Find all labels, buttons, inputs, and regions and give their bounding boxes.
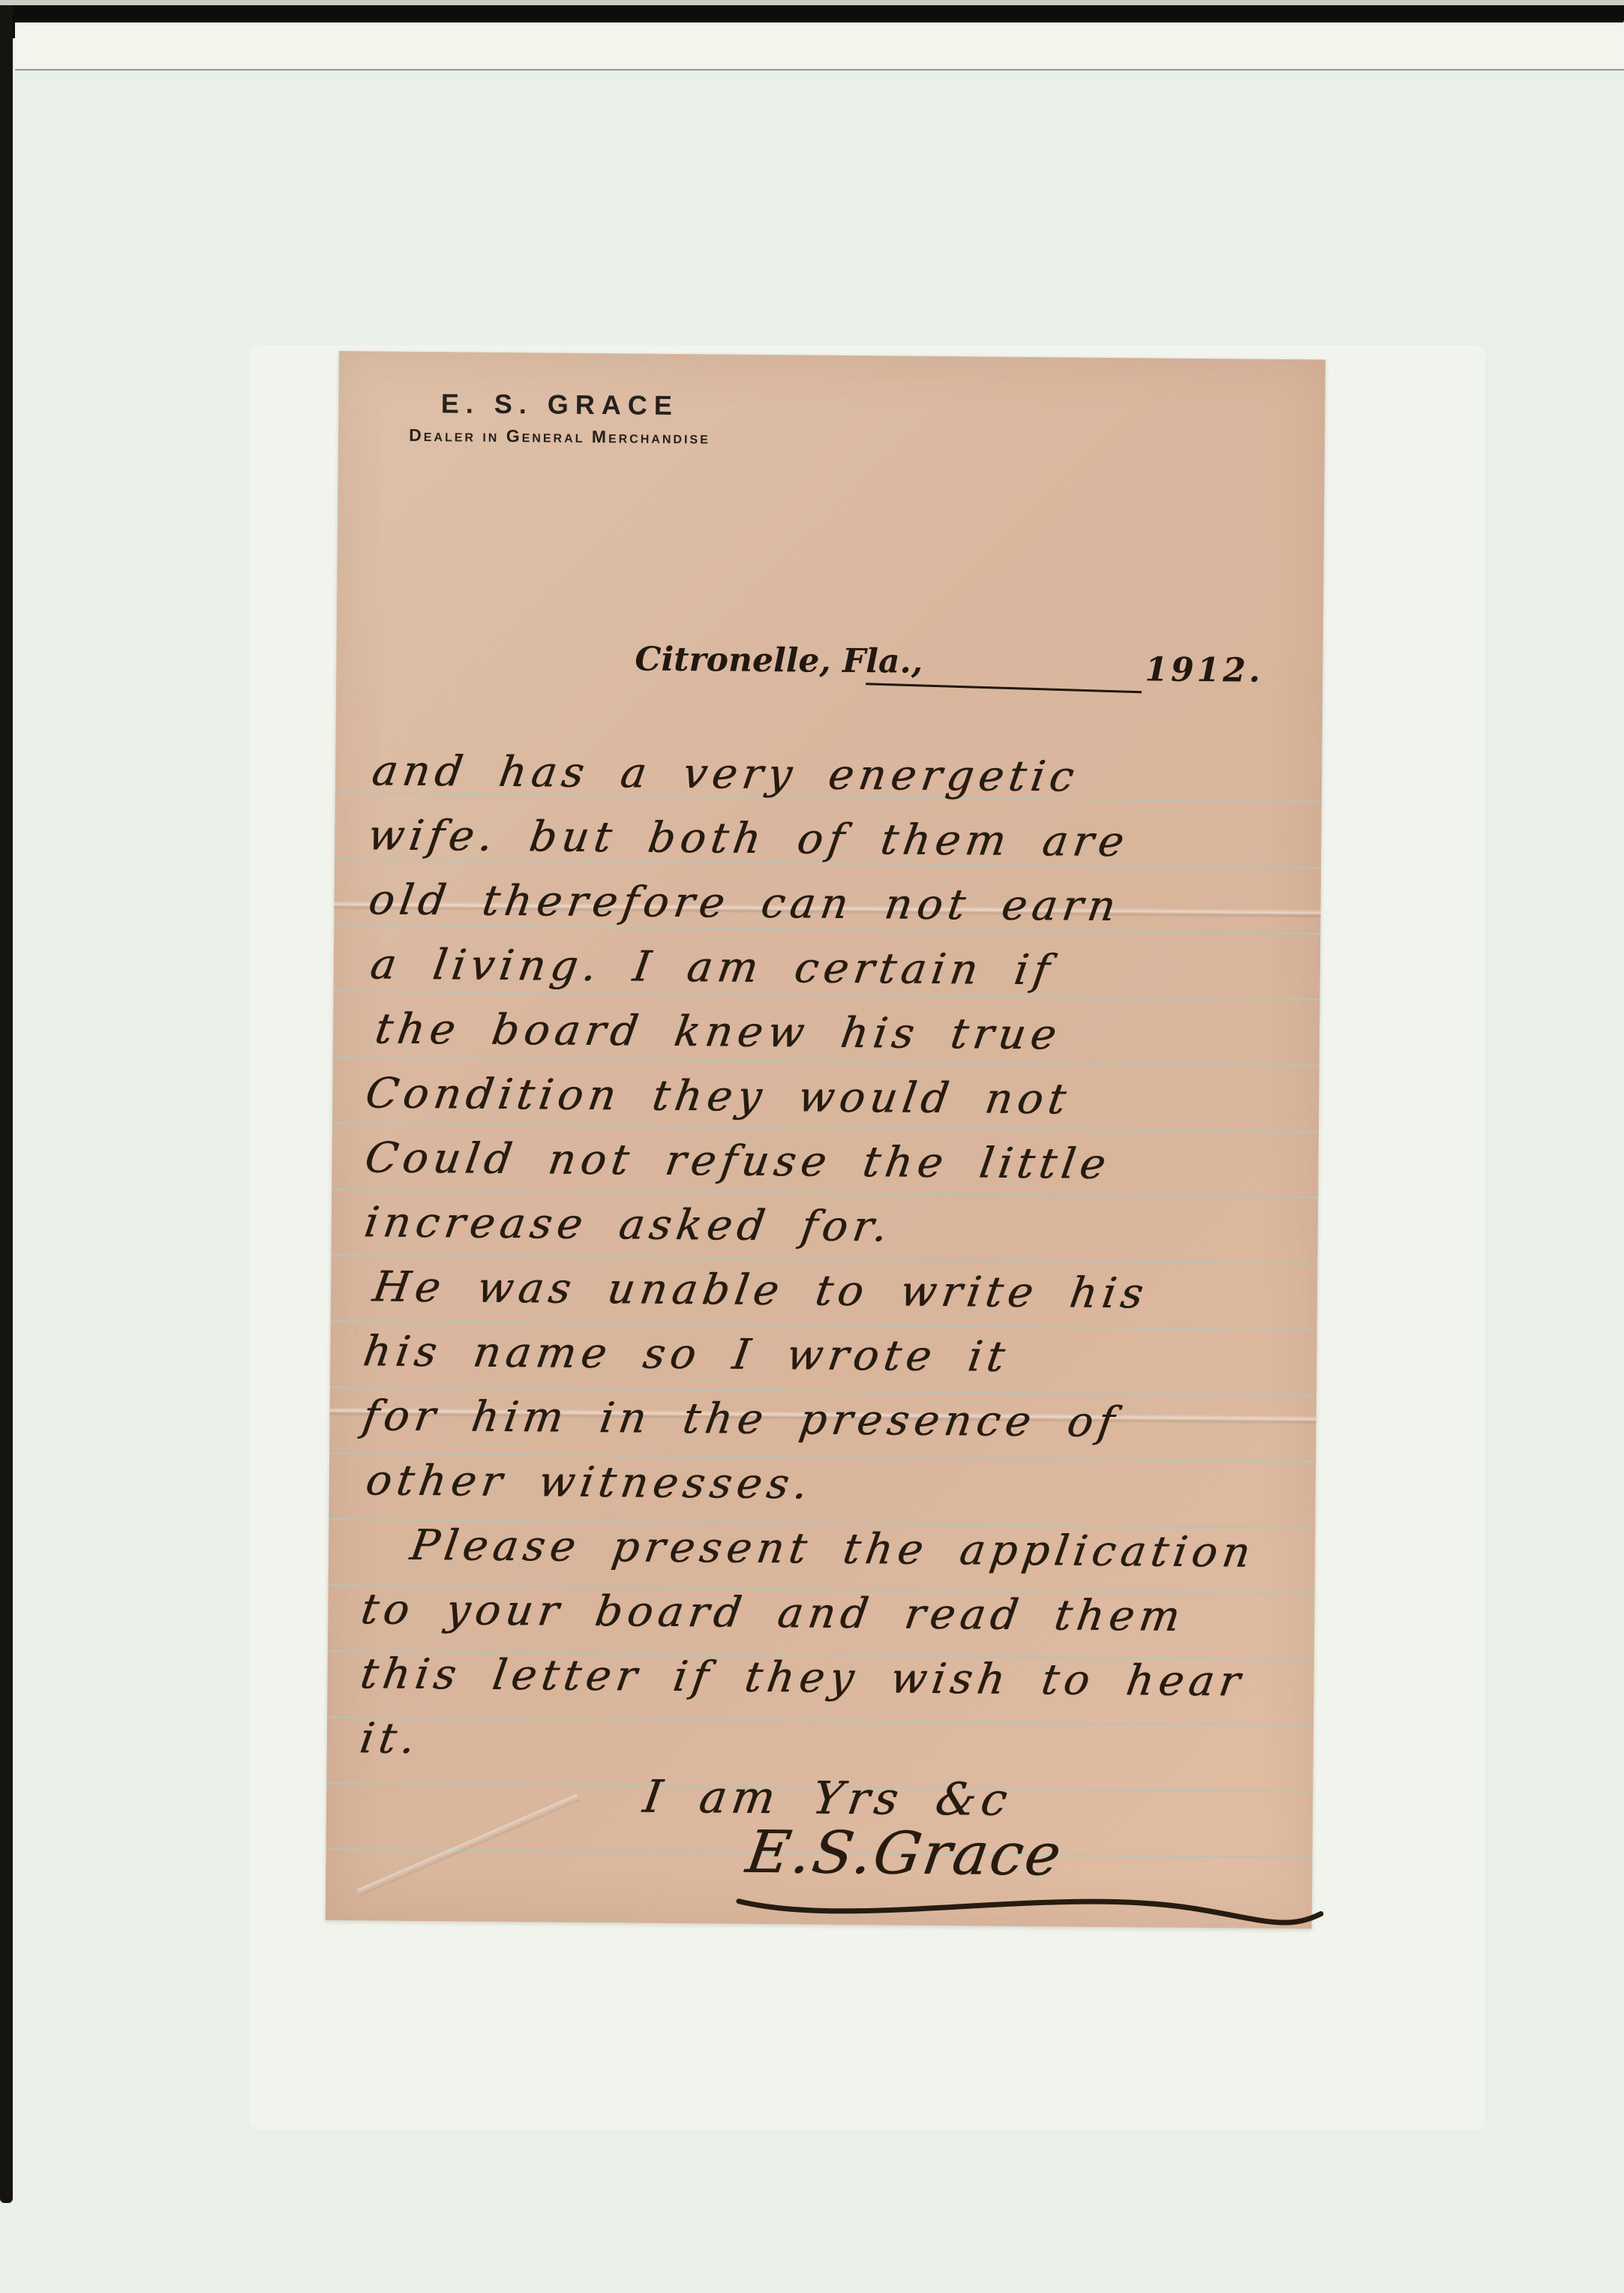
handwriting-line: wife. but both of them are: [365, 811, 1132, 866]
handwriting-line: He was unable to write his: [370, 1262, 1151, 1318]
scanned-page: E. S. GRACE Dealer in General Merchandis…: [0, 0, 1624, 2293]
handwriting-line: other witnesses.: [363, 1456, 816, 1508]
handwriting-line: old therefore can not earn: [365, 875, 1124, 931]
handwriting-line: increase asked for.: [362, 1198, 896, 1251]
handwriting-line: the board knew his true: [372, 1005, 1064, 1060]
scan-black-bar: [0, 5, 1624, 23]
handwriting-line: a living. I am certain if: [368, 940, 1058, 995]
handwriting-line: for him in the presence of: [359, 1391, 1122, 1447]
handwriting-line: it.: [357, 1714, 424, 1763]
dateline-underline: [866, 683, 1142, 693]
signature-flourish: [734, 1879, 1328, 1944]
handwriting-line: his name so I wrote it: [360, 1327, 1013, 1381]
handwriting-line: Condition they would not: [362, 1069, 1074, 1124]
letterhead-name: E. S. GRACE: [380, 387, 740, 422]
handwriting-line: to your board and read them: [358, 1585, 1188, 1640]
letter-paper: E. S. GRACE Dealer in General Merchandis…: [326, 351, 1325, 1928]
handwriting-line: this letter if they wish to hear: [357, 1649, 1248, 1706]
handwriting-line: and has a very energetic: [369, 746, 1082, 801]
dateline-year: 1912.: [1145, 650, 1263, 689]
scan-white-strip: [15, 23, 1624, 71]
handwriting-line: Could not refuse the little: [362, 1133, 1114, 1189]
closing-line: I am Yrs &c: [640, 1771, 1016, 1826]
letterhead-subtitle: Dealer in General Merchandise: [380, 425, 740, 448]
dateline-place: Citronelle, Fla.,: [635, 640, 923, 680]
handwriting-line: Please present the application: [407, 1521, 1259, 1577]
paper-crease: [357, 1793, 580, 1896]
scan-left-edge: [0, 5, 13, 2203]
letterhead: E. S. GRACE Dealer in General Merchandis…: [380, 387, 740, 448]
